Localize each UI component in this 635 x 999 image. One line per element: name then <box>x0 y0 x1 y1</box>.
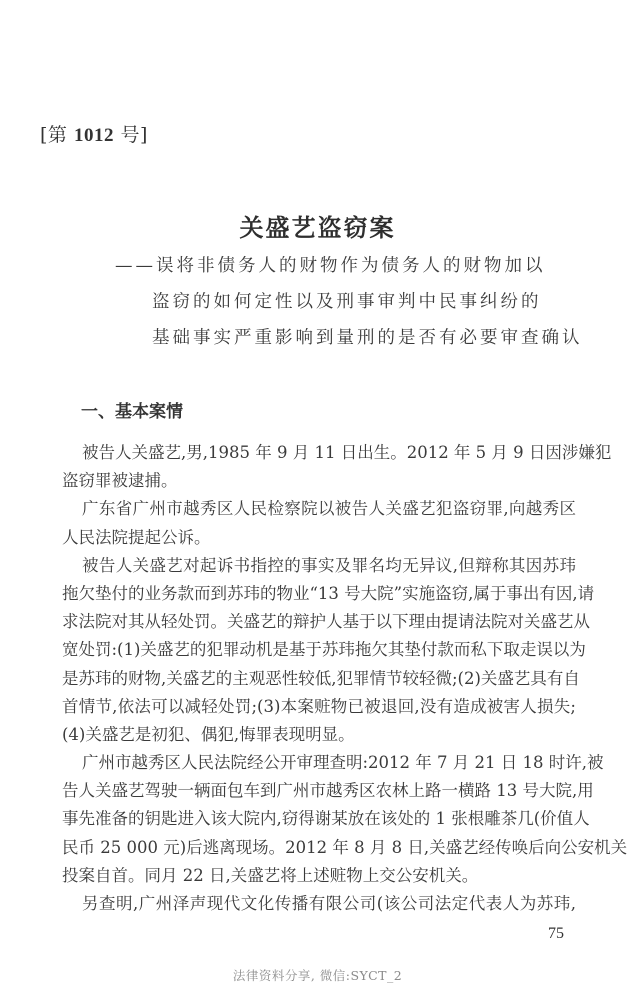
body-line: 首情节,依法可以减轻处罚;(3)本案赃物已被退回,没有造成被害人损失; <box>62 693 576 721</box>
subtitle-line: 基础事实严重影响到量刑的是否有必要审查确认 <box>115 320 583 356</box>
body-line: 广东省广州市越秀区人民检察院以被告人关盛艺犯盗窃罪,向越秀区 <box>62 495 576 523</box>
subtitle-line: ——误将非债务人的财物作为债务人的财物加以 <box>115 248 583 284</box>
body-line: 投案自首。同月 22 日,关盛艺将上述赃物上交公安机关。 <box>62 862 576 890</box>
body-line: 民币 25 000 元)后逃离现场。2012 年 8 月 8 日,关盛艺经传唤后… <box>62 834 576 862</box>
case-title: 关盛艺盗窃案 <box>0 208 635 243</box>
body-line: 广州市越秀区人民法院经公开审理查明:2012 年 7 月 21 日 18 时许,… <box>62 749 576 777</box>
body-line: 告人关盛艺驾驶一辆面包车到广州市越秀区农林上路一横路 13 号大院,用 <box>62 777 576 805</box>
case-subtitle: ——误将非债务人的财物作为债务人的财物加以 盗窃的如何定性以及刑事审判中民事纠纷… <box>115 248 583 356</box>
page-number: 75 <box>548 925 564 943</box>
body-text: 被告人关盛艺,男,1985 年 9 月 11 日出生。2012 年 5 月 9 … <box>62 439 576 918</box>
body-line: 人民法院提起公诉。 <box>62 524 576 552</box>
body-line: 宽处罚:(1)关盛艺的犯罪动机是基于苏玮拖欠其垫付款而私下取走误以为 <box>62 636 576 664</box>
body-line: 是苏玮的财物,关盛艺的主观恶性较低,犯罪情节较轻微;(2)关盛艺具有自 <box>62 665 576 693</box>
body-line: 另查明,广州泽声现代文化传播有限公司(该公司法定代表人为苏玮, <box>62 890 576 918</box>
case-number-prefix: [第 <box>40 124 67 146</box>
case-number-value: 1012 <box>74 125 114 146</box>
body-line: 被告人关盛艺对起诉书指控的事实及罪名均无异议,但辩称其因苏玮 <box>62 552 576 580</box>
subtitle-line: 盗窃的如何定性以及刑事审判中民事纠纷的 <box>115 284 583 320</box>
case-number: [第 1012 号] <box>40 120 148 147</box>
body-line: 盗窃罪被逮捕。 <box>62 467 576 495</box>
section-heading: 一、基本案情 <box>81 397 183 422</box>
body-line: 求法院对其从轻处罚。关盛艺的辩护人基于以下理由提请法院对关盛艺从 <box>62 608 576 636</box>
case-number-suffix: 号] <box>121 124 148 146</box>
body-line: 拖欠垫付的业务款而到苏玮的物业“13 号大院”实施盗窃,属于事出有因,请 <box>62 580 576 608</box>
body-line: 被告人关盛艺,男,1985 年 9 月 11 日出生。2012 年 5 月 9 … <box>62 439 576 467</box>
body-line: 事先准备的钥匙进入该大院内,窃得谢某放在该处的 1 张根雕茶几(价值人 <box>62 805 576 833</box>
body-line: (4)关盛艺是初犯、偶犯,悔罪表现明显。 <box>62 721 576 749</box>
watermark: 法律资料分享, 微信:SYCT_2 <box>0 966 635 984</box>
